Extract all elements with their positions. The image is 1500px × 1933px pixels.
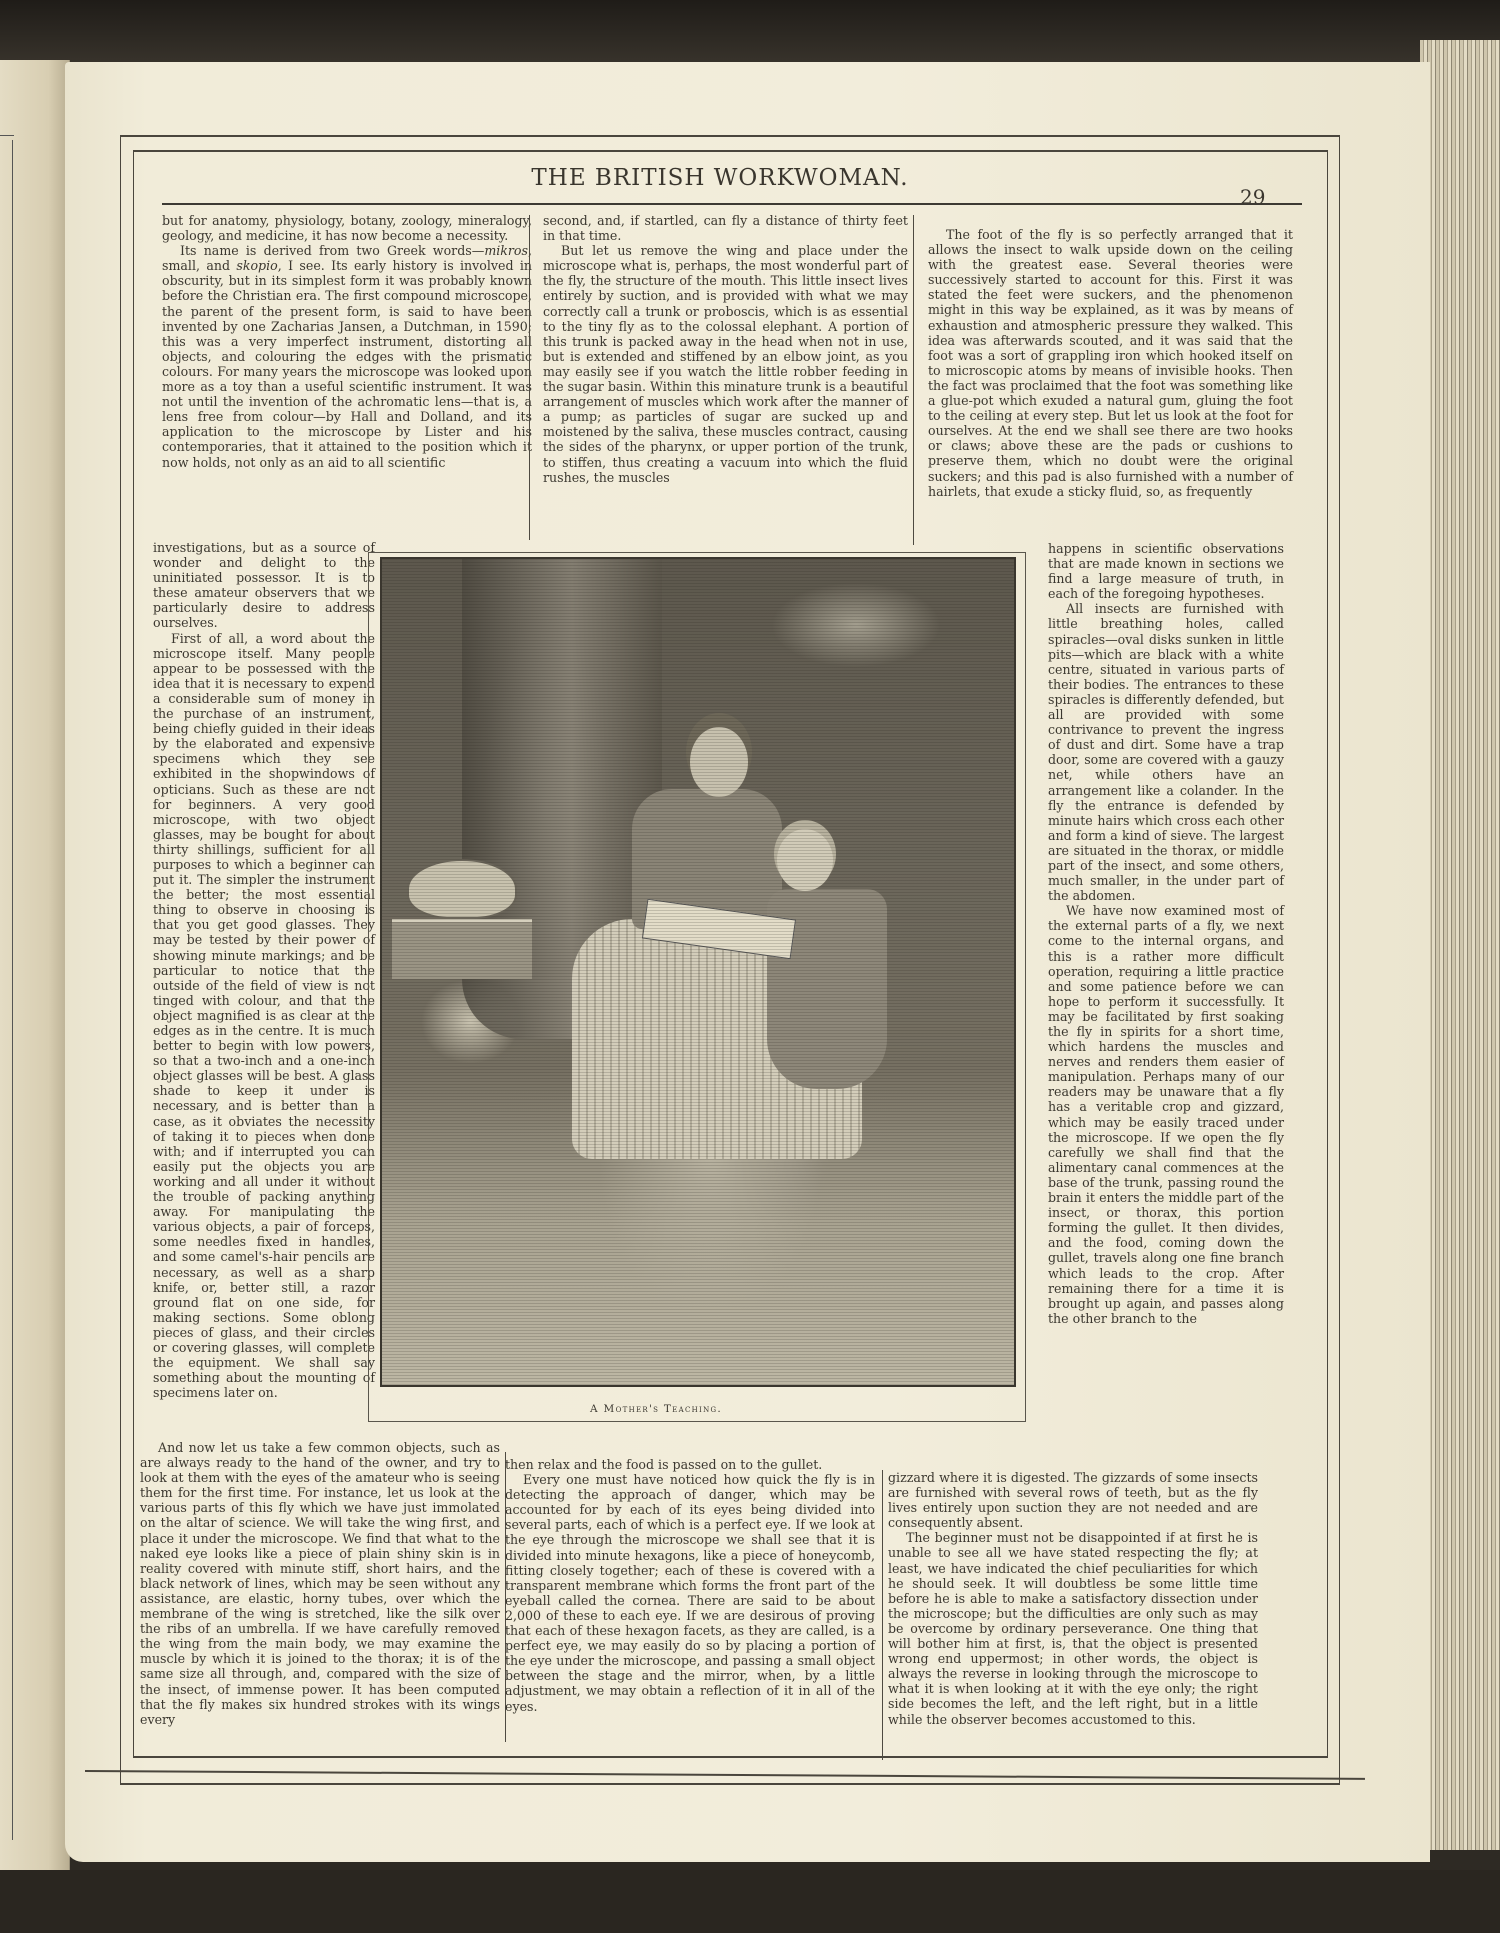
italic-word: mikros: [484, 243, 528, 258]
paragraph: second, and, if startled, can fly a dist…: [543, 213, 908, 243]
paragraph: The foot of the fly is so perfectly arra…: [928, 227, 1293, 499]
paragraph: Its name is derived from two Greek words…: [162, 243, 532, 469]
scan-background-bottom: [0, 1870, 1500, 1933]
column-1-narrow: investigations, but as a source of wonde…: [153, 540, 375, 1400]
illustration-caption: A Mother's Teaching.: [590, 1403, 722, 1415]
column-2-top: second, and, if startled, can fly a dist…: [543, 213, 908, 485]
facing-page-border: [12, 140, 13, 1840]
paragraph: then relax and the food is passed on to …: [505, 1457, 875, 1472]
paragraph: happens in scientific observations that …: [1048, 541, 1284, 601]
book-page-edges: [1420, 40, 1500, 1850]
column-divider: [913, 215, 914, 545]
paragraph: And now let us take a few common objects…: [140, 1440, 500, 1727]
paragraph: We have now examined most of the externa…: [1048, 903, 1284, 1326]
header-rule: [162, 203, 1302, 205]
paragraph: First of all, a word about the microscop…: [153, 631, 375, 1401]
column-1-top: but for anatomy, physiology, botany, zoo…: [162, 213, 532, 470]
paragraph: All insects are furnished with little br…: [1048, 601, 1284, 903]
paragraph: investigations, but as a source of wonde…: [153, 540, 375, 631]
masthead-title: THE BRITISH WORKWOMAN.: [520, 165, 920, 191]
paragraph: Every one must have noticed how quick th…: [505, 1472, 875, 1714]
facing-page-rule: [0, 135, 14, 136]
illustration-mothers-teaching: [380, 557, 1016, 1387]
column-3-bottom: gizzard where it is digested. The gizzar…: [888, 1470, 1258, 1727]
facing-page-edge: [0, 60, 70, 1870]
paragraph: But let us remove the wing and place und…: [543, 243, 908, 485]
column-2-bottom: then relax and the food is passed on to …: [505, 1457, 875, 1714]
page-number: 29: [1240, 185, 1265, 209]
column-1-bottom: And now let us take a few common objects…: [140, 1440, 500, 1727]
column-3-narrow: happens in scientific observations that …: [1048, 541, 1284, 1326]
scan-background-top: [0, 0, 1500, 70]
engraving-hatching: [382, 559, 1014, 1385]
column-divider: [529, 215, 530, 540]
paragraph: The beginner must not be disappointed if…: [888, 1530, 1258, 1726]
column-divider: [882, 1470, 883, 1760]
italic-word: skopio: [236, 258, 277, 273]
paragraph: but for anatomy, physiology, botany, zoo…: [162, 213, 532, 243]
column-3-top: The foot of the fly is so perfectly arra…: [928, 227, 1293, 499]
paragraph: gizzard where it is digested. The gizzar…: [888, 1470, 1258, 1530]
